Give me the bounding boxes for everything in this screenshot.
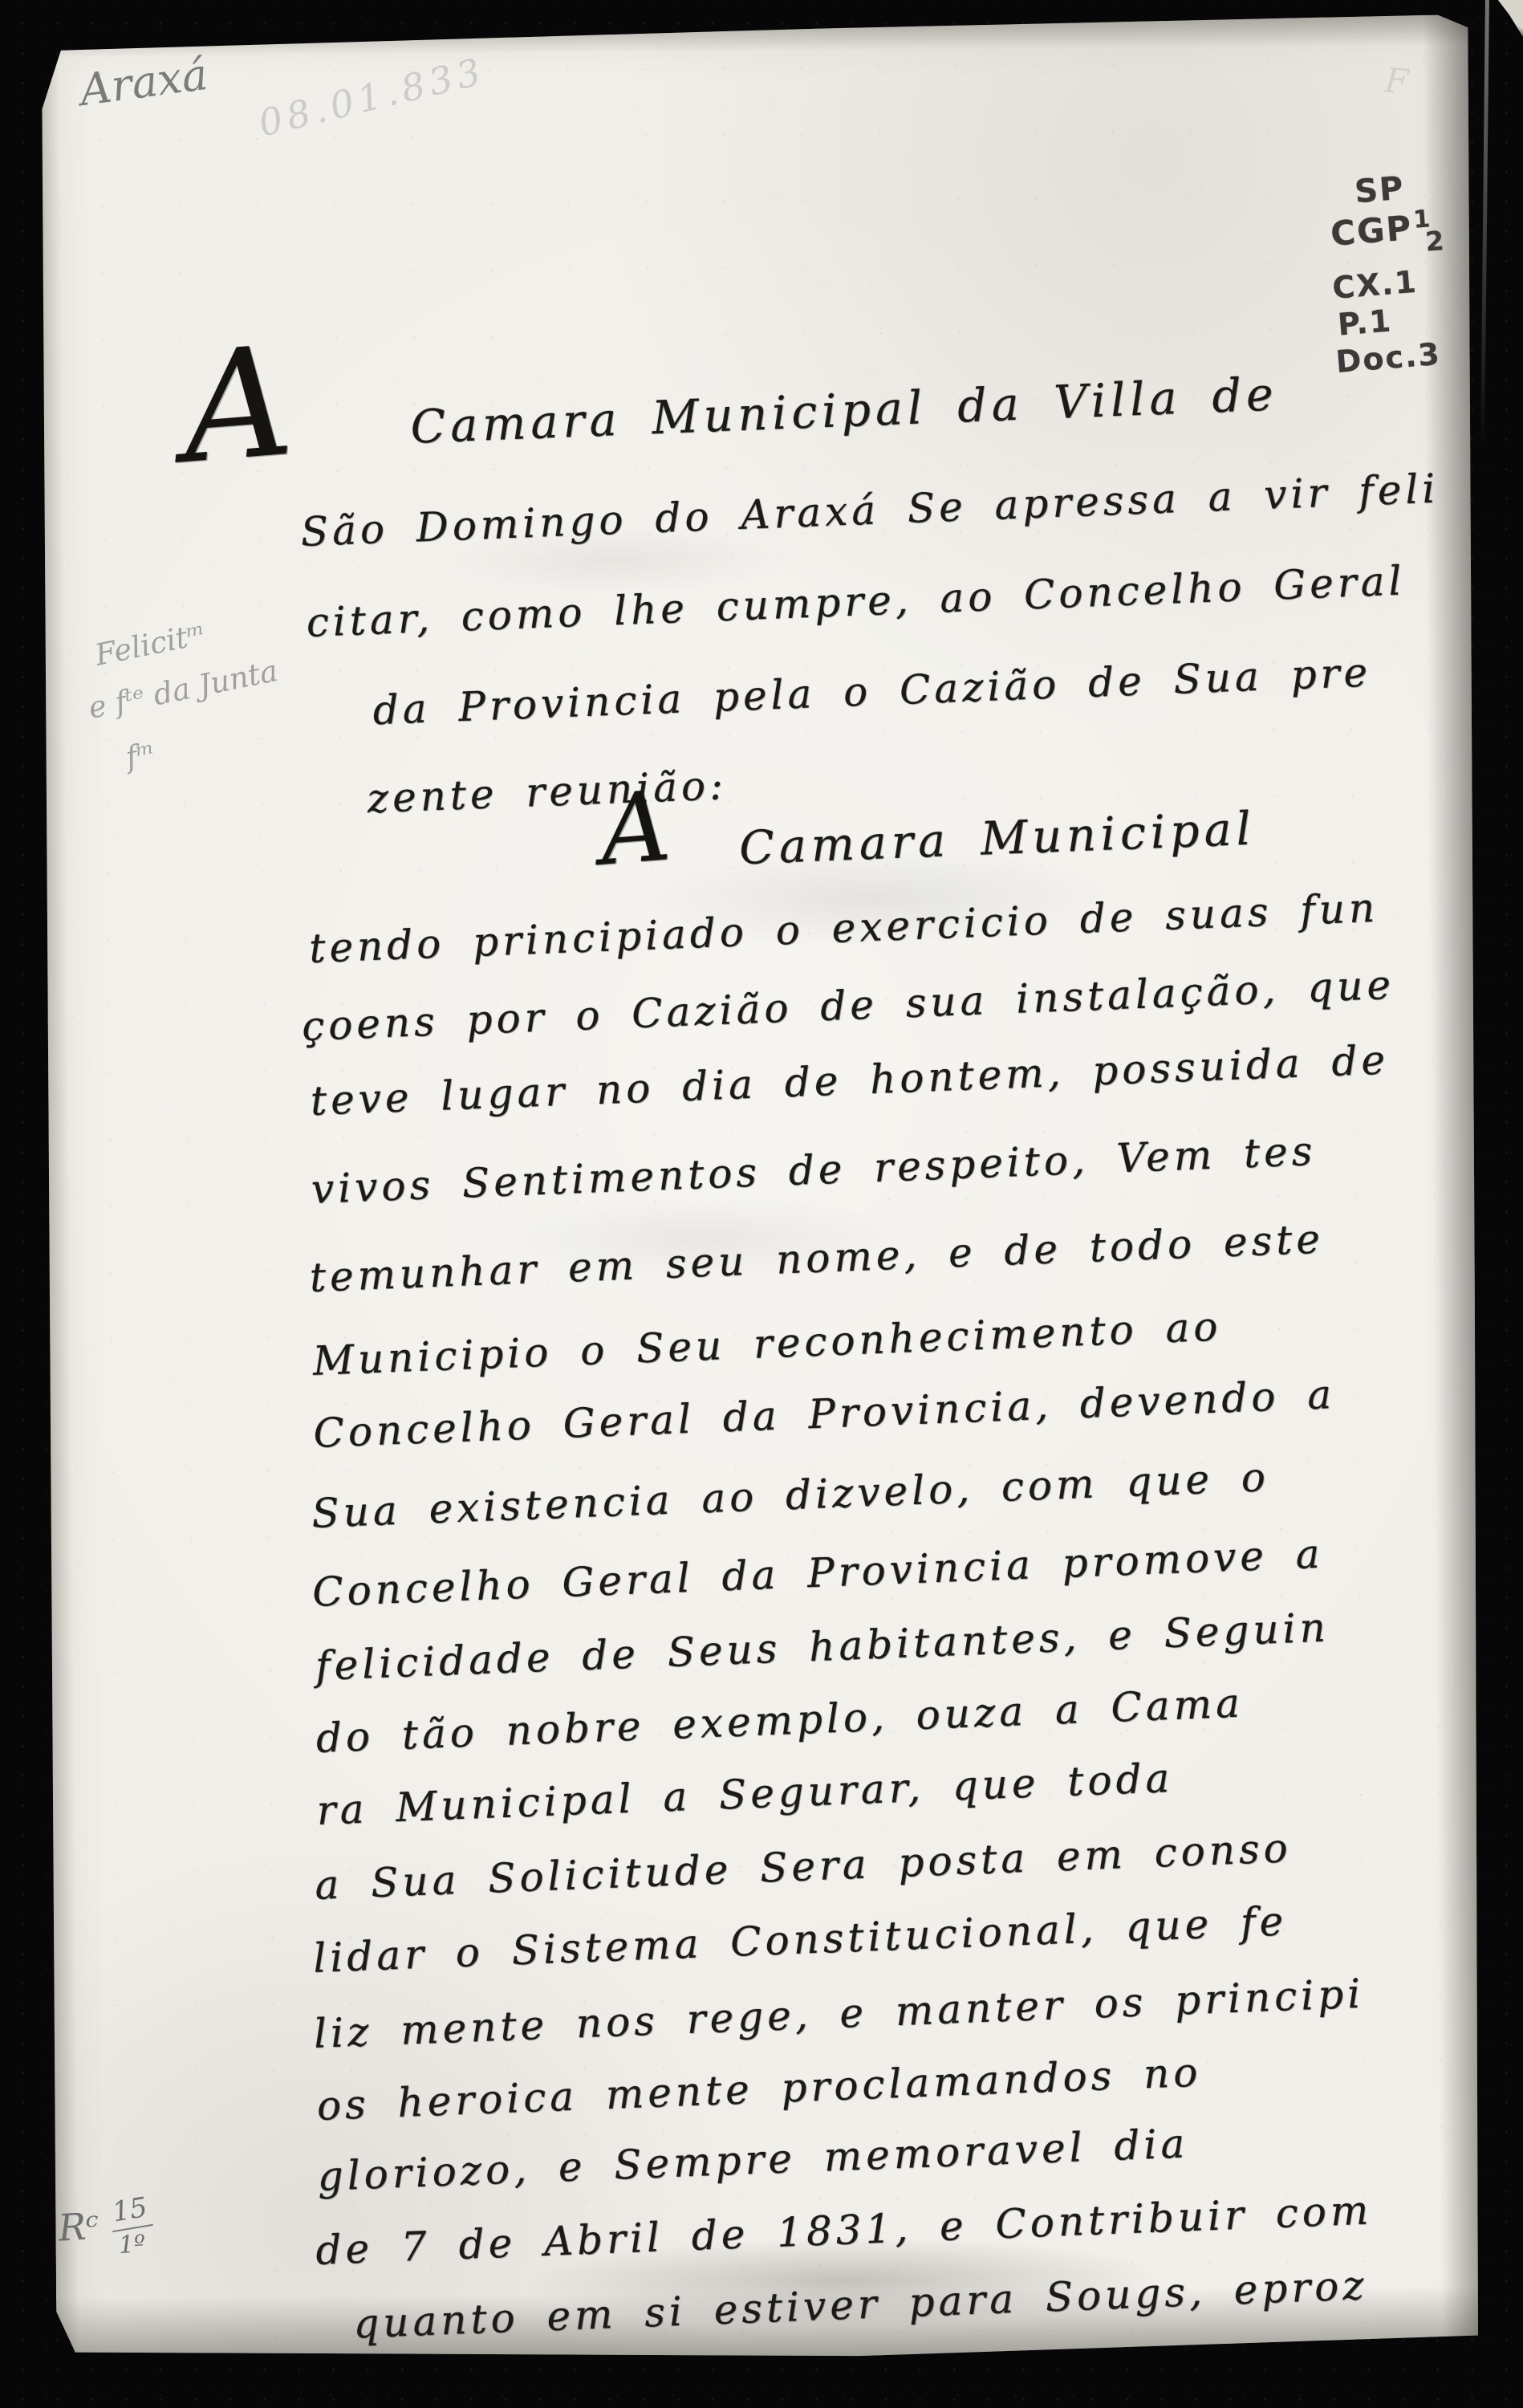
manuscript-line: lidar o Sistema Constitucional, que fe — [312, 1898, 1288, 1982]
manuscript-line: teve lugar no dia de hontem, possuida de — [310, 1036, 1390, 1125]
registry-letters: Rᶜ — [57, 2204, 100, 2250]
manuscript-line: vivos Sentimentos de respeito, Vem tes — [311, 1128, 1318, 1213]
manuscript-line: zente reunião: — [367, 762, 728, 822]
manuscript-line: da Provincia pela o Cazião de Sua pre — [372, 649, 1372, 734]
illuminated-initial: A — [177, 327, 297, 486]
pencil-registry-code: Rᶜ151º — [57, 2201, 154, 2272]
manuscript-line: de 7 de Abril de 1831, e Contribuir com — [315, 2186, 1373, 2274]
registry-fraction-top: 15 — [107, 2190, 153, 2232]
pencil-margin-note-line: fᵐ — [123, 735, 158, 775]
manuscript-line: os heroica mente proclamandos no — [316, 2049, 1203, 2129]
manuscript-line: Municipio o Seu reconhecimento ao — [312, 1303, 1223, 1384]
archival-document: Doc.3 — [1334, 336, 1442, 380]
manuscript-line: a Sua Solicitude Sera posta em conso — [314, 1824, 1292, 1909]
manuscript-line: çoens por o Cazião de sua instalação, qu… — [301, 962, 1395, 1050]
pencil-corner-mark: F — [1383, 60, 1410, 101]
manuscript-line: liz mente nos rege, e manter os principi — [313, 1971, 1365, 2057]
registry-fraction-bottom: 1º — [111, 2228, 153, 2260]
archival-folder: P.1 — [1337, 303, 1394, 342]
manuscript-line: do tão nobre exemplo, ouza a Cama — [315, 1679, 1245, 1761]
archival-series-fraction: 12 — [1411, 211, 1452, 246]
manuscript-line: temunhar em seu nome, e de todo este — [309, 1215, 1325, 1301]
manuscript-line: gloriozo, e Sempre memoravel dia — [317, 2120, 1190, 2200]
manuscript-line: Camara Municipal — [738, 803, 1257, 876]
manuscript-line: tendo principiado o exercicio de suas fu… — [308, 885, 1379, 972]
scanner-background: Araxá 08.01.833 F Felicitᵐ e fᵗᵉ da Junt… — [0, 0, 1523, 2408]
registry-fraction: 151º — [108, 2193, 153, 2260]
manuscript-line: citar, como lhe cumpre, ao Concelho Gera… — [306, 557, 1407, 646]
pencil-date-note: 08.01.833 — [254, 49, 489, 145]
adjacent-page-corner — [1493, 0, 1523, 37]
manuscript-line: Concelho Geral da Provincia, devendo a — [312, 1371, 1336, 1457]
manuscript-line: quanto em si estiver para Sougs, eproz — [352, 2262, 1368, 2348]
manuscript-line: Concelho Geral da Provincia promove a — [311, 1531, 1324, 1616]
manuscript-page: Araxá 08.01.833 F Felicitᵐ e fᵗᵉ da Junt… — [36, 14, 1488, 2367]
manuscript-line: São Domingo do Araxá Se apressa a vir fe… — [300, 466, 1440, 555]
illuminated-initial: A — [596, 779, 673, 880]
archival-fund: SP — [1354, 170, 1407, 211]
fraction-denominator: 2 — [1424, 225, 1447, 258]
archival-box: CX.1 — [1331, 264, 1419, 306]
manuscript-line: ra Municipal a Segurar, que toda — [316, 1755, 1175, 1834]
pencil-place-note: Araxá — [77, 49, 211, 116]
manuscript-line: felicidade de Seus habitantes, e Seguin — [315, 1604, 1330, 1689]
manuscript-line: Sua existencia ao dizvelo, com que o — [311, 1454, 1270, 1537]
archival-stamp: SP CGP12 CX.1 P.1 Doc.3 — [1319, 156, 1479, 169]
archival-series: CGP12 — [1329, 205, 1452, 254]
archival-series-label: CGP — [1329, 208, 1414, 254]
pencil-margin-note-line: Felicitᵐ — [92, 616, 209, 673]
underlying-page-edge — [1480, 0, 1489, 449]
manuscript-line: Camara Municipal da Villa de — [409, 368, 1278, 454]
